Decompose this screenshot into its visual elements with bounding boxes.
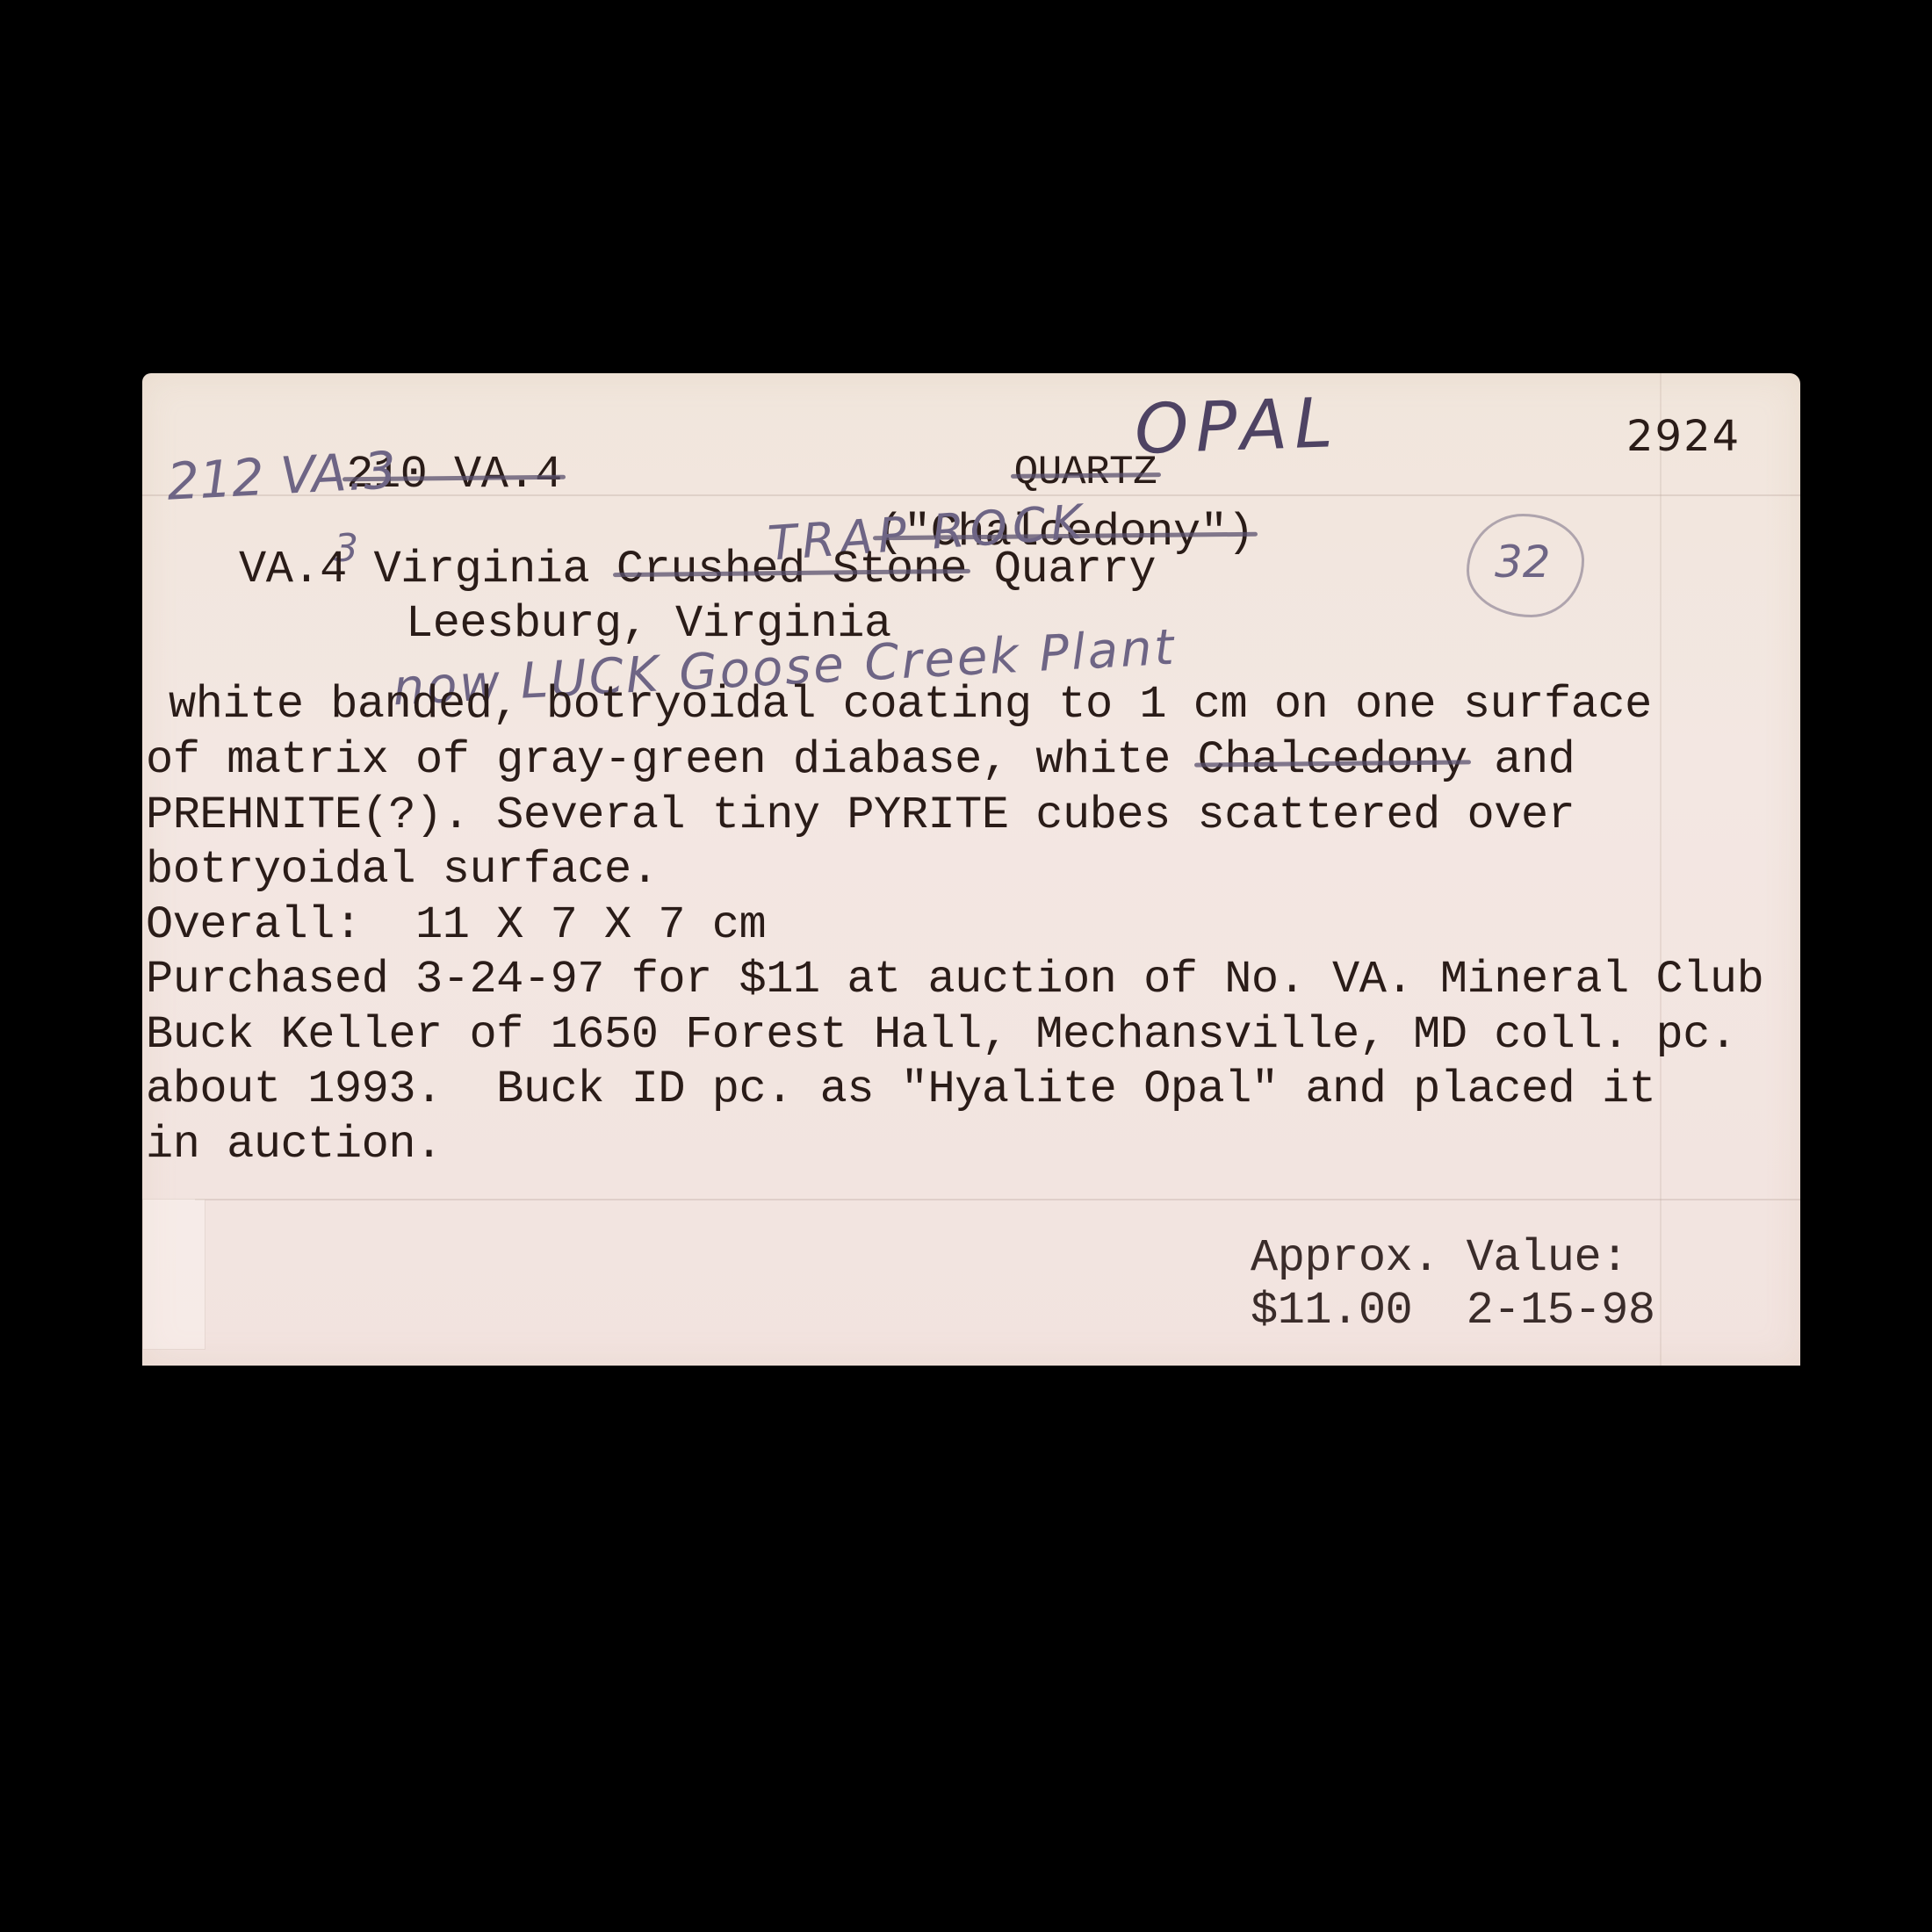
approx-value-amount: $11.00 xyxy=(1251,1285,1412,1337)
provenance-line-4: in auction. xyxy=(146,1122,443,1168)
description-line-4: botryoidal surface. xyxy=(146,847,658,893)
photo-stage: 210 VA.4 212 VA.3 QUARTZ OPAL 2924 ("Cha… xyxy=(0,0,1932,1932)
dimensions: Overall: 11 X 7 X 7 cm xyxy=(146,903,766,948)
fold-line xyxy=(1660,373,1662,1366)
description-struck-word: Chalcedony xyxy=(1198,738,1467,783)
tape-strip xyxy=(142,1199,205,1350)
locality-struck: Crushed Stone xyxy=(616,547,967,593)
mineral-name-new: OPAL xyxy=(1134,389,1341,465)
approx-value-date: 2-15-98 xyxy=(1467,1285,1655,1337)
description-line-3: PREHNITE(?). Several tiny PYRITE cubes s… xyxy=(146,793,1575,839)
provenance-line-1: Purchased 3-24-97 for $11 at auction of … xyxy=(146,957,1763,1003)
description-line-1: white banded, botryoidal coating to 1 cm… xyxy=(169,682,1652,728)
provenance-line-2: Buck Keller of 1650 Forest Hall, Mechans… xyxy=(146,1013,1737,1058)
locality-line: VA.4 Virginia Crushed Stone Quarry xyxy=(239,547,1156,593)
provenance-line-3: about 1993. Buck ID pc. as "Hyalite Opal… xyxy=(146,1067,1655,1113)
locality-prefix: Virginia xyxy=(374,544,590,595)
approx-value-line: $11.00 2-15-98 xyxy=(1251,1288,1655,1334)
locality-code: VA.4 xyxy=(239,544,347,595)
approx-value-label: Approx. Value: xyxy=(1251,1236,1628,1281)
description-line-2: of matrix of gray-green diabase, white C… xyxy=(146,738,1575,783)
description-text: and xyxy=(1467,734,1575,786)
specimen-number: 2924 xyxy=(1626,415,1741,458)
locality-suffix: Quarry xyxy=(994,544,1156,595)
fold-line xyxy=(195,1199,1800,1200)
description-text: of matrix of gray-green diabase, white xyxy=(146,734,1198,786)
circled-number: 32 xyxy=(1495,540,1551,584)
specimen-label-card: 210 VA.4 212 VA.3 QUARTZ OPAL 2924 ("Cha… xyxy=(142,373,1800,1366)
catalog-number-new: 212 VA.3 xyxy=(166,444,398,508)
